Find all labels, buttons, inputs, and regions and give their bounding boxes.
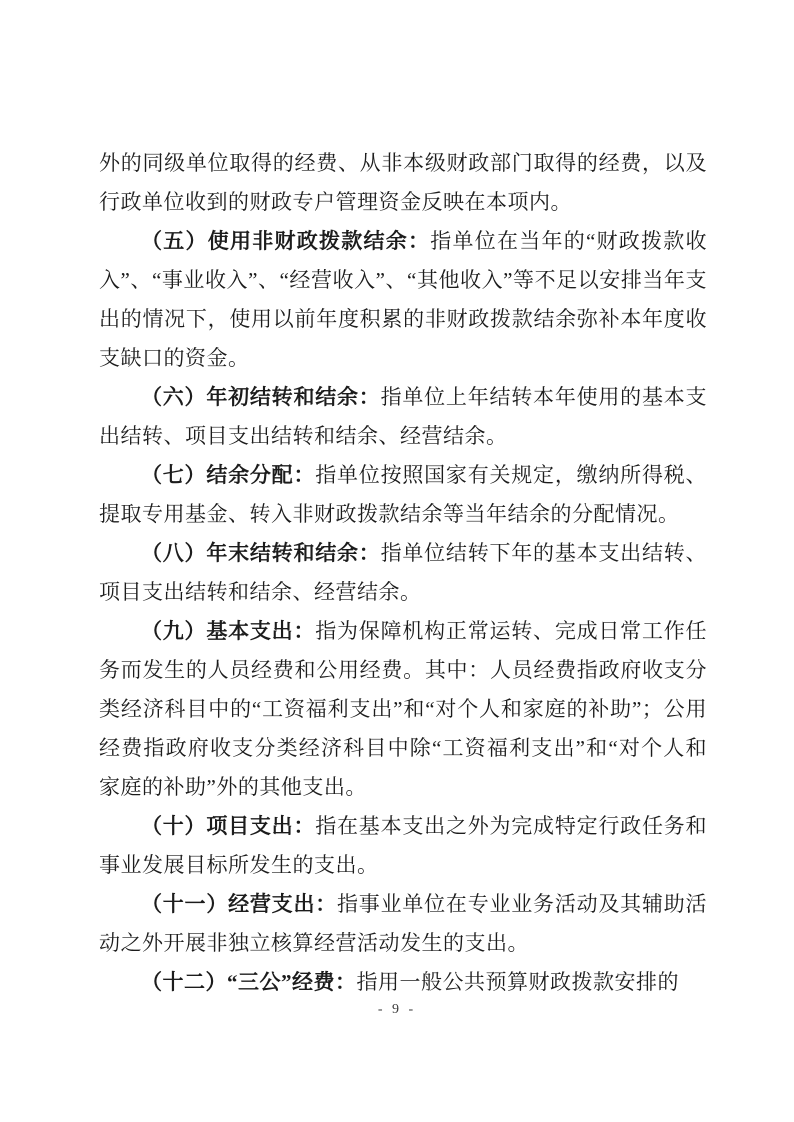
term-label: （五）使用非财政拨款结余： [141, 229, 430, 253]
term-label: （九）基本支出： [141, 619, 315, 643]
para-item-11: （十一）经营支出：指事业单位在专业业务活动及其辅助活动之外开展非独立核算经营活动… [99, 885, 707, 963]
term-label: （六）年初结转和结余： [141, 385, 381, 409]
para-item-9: （九）基本支出：指为保障机构正常运转、完成日常工作任务而发生的人员经费和公用经费… [99, 612, 707, 807]
para-item-6: （六）年初结转和结余：指单位上年结转本年使用的基本支出结转、项目支出结转和结余、… [99, 378, 707, 456]
body-text: 外的同级单位取得的经费、从非本级财政部门取得的经费，以及行政单位收到的财政专户管… [99, 151, 707, 214]
para-item-5: （五）使用非财政拨款结余：指单位在当年的“财政拨款收入”、“事业收入”、“经营收… [99, 222, 707, 378]
para-continuation: 外的同级单位取得的经费、从非本级财政部门取得的经费，以及行政单位收到的财政专户管… [99, 144, 707, 222]
page-number: - 9 - [378, 1002, 416, 1017]
document-page: 外的同级单位取得的经费、从非本级财政部门取得的经费，以及行政单位收到的财政专户管… [0, 0, 794, 1122]
para-item-8: （八）年末结转和结余：指单位结转下年的基本支出结转、项目支出结转和结余、经营结余… [99, 534, 707, 612]
para-item-7: （七）结余分配：指单位按照国家有关规定，缴纳所得税、提取专用基金、转入非财政拨款… [99, 456, 707, 534]
body-text: 指用一般公共预算财政拨款安排的 [357, 970, 680, 994]
para-item-10: （十）项目支出：指在基本支出之外为完成特定行政任务和事业发展目标所发生的支出。 [99, 807, 707, 885]
body-text: 指为保障机构正常运转、完成日常工作任务而发生的人员经费和公用经费。其中：人员经费… [99, 619, 707, 799]
para-item-12: （十二）“三公”经费：指用一般公共预算财政拨款安排的 [99, 963, 707, 1002]
document-body: 外的同级单位取得的经费、从非本级财政部门取得的经费，以及行政单位收到的财政专户管… [99, 144, 707, 1002]
term-label: （七）结余分配： [141, 463, 315, 487]
term-label: （十一）经营支出： [141, 892, 337, 916]
term-label: （十）项目支出： [141, 814, 315, 838]
term-label: （八）年末结转和结余： [141, 541, 381, 565]
term-label: （十二）“三公”经费： [141, 970, 357, 994]
page-footer: - 9 - [0, 1000, 794, 1020]
